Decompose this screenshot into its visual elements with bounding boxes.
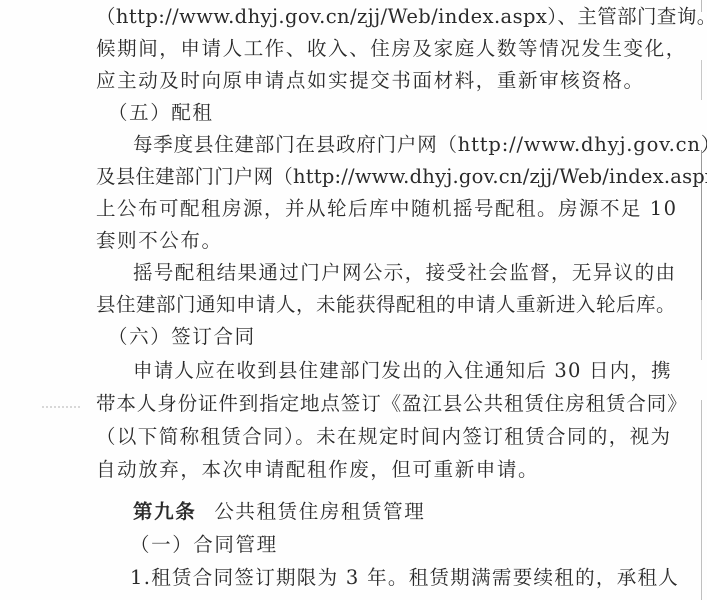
paragraph-line: （以下简称租赁合同）。未在规定时间内签订租赁合同的，视为 [96, 425, 671, 449]
paragraph-line: 申请人应在收到县住建部门发出的入住通知后 30 日内，携 [133, 359, 672, 383]
article-heading: 第九条公共租赁住房租赁管理 [133, 500, 425, 524]
article-title: 公共租赁住房租赁管理 [214, 500, 425, 523]
paragraph-line: 候期间，申请人工作、收入、住房及家庭人数等情况发生变化， [96, 37, 687, 61]
paragraph-line: 县住建部门通知申请人，未能获得配租的申请人重新进入轮后库。 [96, 293, 676, 317]
list-item: 1.租赁合同签订期限为 3 年。租赁期满需要续租的，承租人 [130, 566, 679, 590]
sub-heading: （一）合同管理 [130, 533, 278, 557]
paragraph-line: 应主动及时向原申请点如实提交书面材料，重新审核资格。 [96, 69, 645, 93]
paragraph-line: 套则不公布。 [96, 229, 223, 253]
paragraph-line: 及县住建部门门户网（http://www.dhyj.gov.cn/zjj/Web… [96, 165, 707, 189]
article-label: 第九条 [133, 500, 196, 523]
paragraph-line: （http://www.dhyj.gov.cn/zjj/Web/index.as… [96, 5, 707, 29]
section-heading: （六）签订合同 [108, 325, 256, 349]
paragraph-line: 每季度县住建部门在县政府门户网（http://www.dhyj.gov.cn） [133, 133, 707, 157]
scan-artifact [42, 406, 80, 410]
section-heading: （五）配租 [108, 101, 214, 125]
paragraph-line: 摇号配租结果通过门户网公示，接受社会监督，无异议的由 [133, 261, 676, 285]
paragraph-line: 上公布可配租房源，并从轮后库中随机摇号配租。房源不足 10 [96, 197, 678, 221]
paragraph-line: 自动放弃，本次申请配租作废，但可重新申请。 [96, 458, 539, 482]
document-page: （http://www.dhyj.gov.cn/zjj/Web/index.as… [0, 0, 707, 600]
paragraph-line: 带本人身份证件到指定地点签订《盈江县公共租赁住房租赁合同》 [96, 392, 688, 416]
scan-edge-line [701, 0, 702, 600]
